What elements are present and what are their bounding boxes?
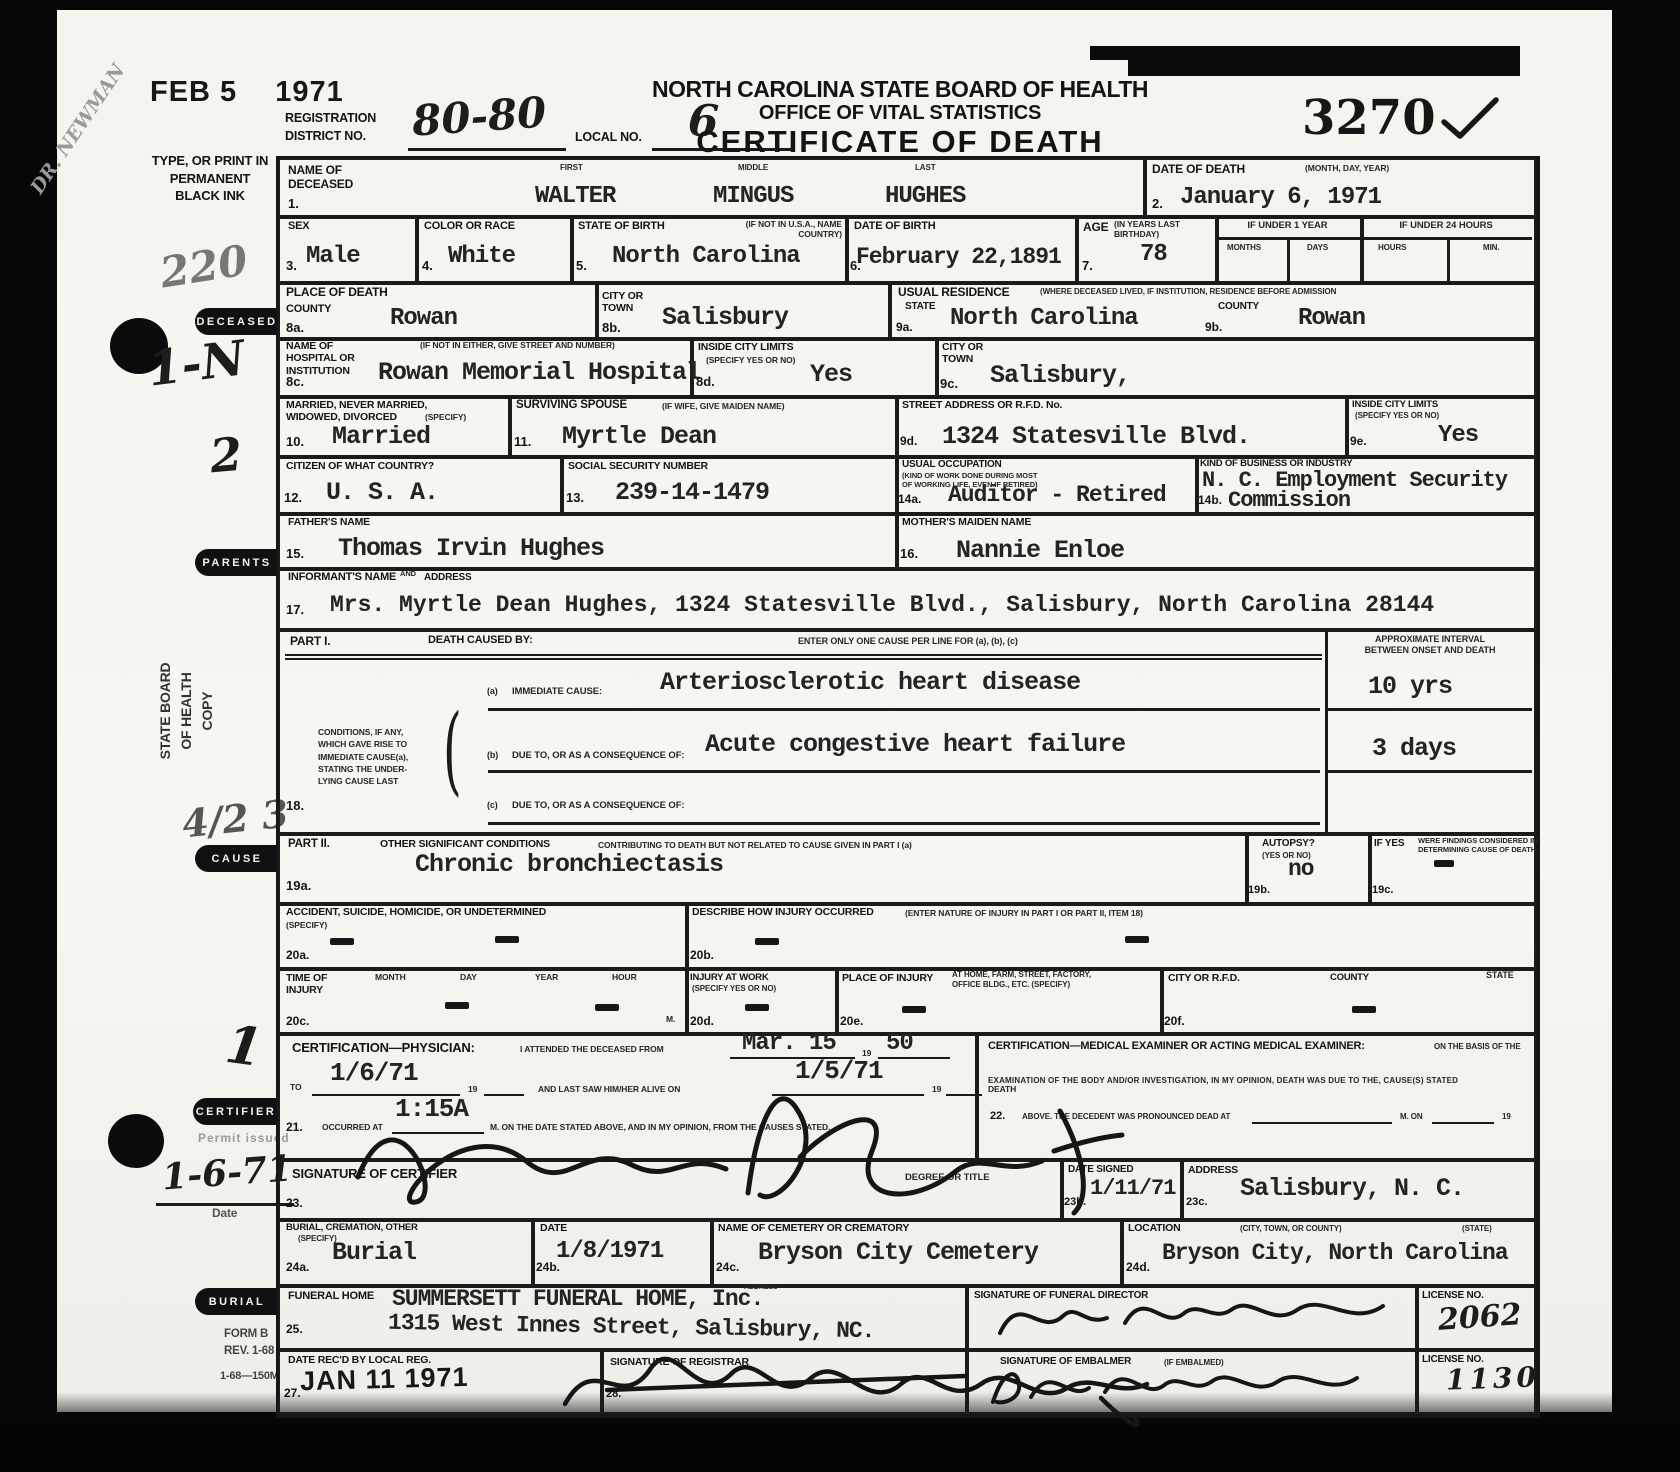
handwritten-1n: 1-N xyxy=(145,330,248,397)
autopsy-value: no xyxy=(1288,856,1314,882)
u1y-col-divider xyxy=(1287,237,1290,281)
hospital-sub: (IF NOT IN EITHER, GIVE STREET AND NUMBE… xyxy=(420,340,615,350)
interval-a-line xyxy=(1328,708,1532,711)
funeral-home-value-1: SUMMERSETT FUNERAL HOME, Inc. xyxy=(392,1286,763,1312)
phys-title: CERTIFICATION—PHYSICIAN: xyxy=(292,1040,475,1055)
hospital-number: 8c. xyxy=(286,374,304,389)
accident-sub: (SPECIFY) xyxy=(286,920,327,930)
name-first-value: WALTER xyxy=(535,183,615,210)
location-value: Bryson City, North Carolina xyxy=(1162,1240,1508,1266)
interval-b-line xyxy=(1328,770,1532,773)
permit-date-label: Date xyxy=(212,1206,237,1220)
part1-rule-1 xyxy=(285,654,1322,656)
race-label: COLOR OR RACE xyxy=(424,220,515,233)
accident-number: 20a. xyxy=(286,948,309,962)
icl9-label: INSIDE CITY LIMITS xyxy=(1352,399,1438,410)
cause-a-line xyxy=(488,708,1320,711)
street-number: 9d. xyxy=(900,434,917,448)
part1-number-18: 18. xyxy=(286,798,304,813)
icl8-label: INSIDE CITY LIMITS xyxy=(698,341,793,353)
pod-county-label: COUNTY xyxy=(286,303,331,316)
toi-label: TIME OF INJURY xyxy=(286,972,327,997)
sex-label: SEX xyxy=(288,220,309,233)
hole-punch-bottom xyxy=(108,1114,164,1168)
location-sub: (CITY, TOWN, OR COUNTY) xyxy=(1240,1224,1342,1234)
burial-number: 24a. xyxy=(286,1260,309,1274)
embalmer-signature xyxy=(975,1352,1375,1418)
pod-city-label: CITY OR TOWN xyxy=(602,290,643,315)
burial-date-value: 1/8/1971 xyxy=(556,1238,663,1265)
burial-value: Burial xyxy=(332,1238,416,1267)
ur-label: USUAL RESIDENCE xyxy=(898,285,1009,299)
citizen-label: CITIZEN OF WHAT COUNTRY? xyxy=(286,460,434,472)
cityrfd-dash xyxy=(1352,1006,1376,1013)
autopsy-label: AUTOPSY? xyxy=(1262,838,1315,850)
me-basis: ON THE BASIS OF THE xyxy=(1434,1042,1521,1052)
father-value: Thomas Irvin Hughes xyxy=(338,534,604,563)
part2-sub: CONTRIBUTING TO DEATH BUT NOT RELATED TO… xyxy=(598,840,912,850)
part2-label: PART II. xyxy=(288,838,330,852)
hospital-label: NAME OF HOSPITAL OR INSTITUTION xyxy=(286,340,355,377)
race-number: 4. xyxy=(422,258,433,273)
marital-label: MARRIED, NEVER MARRIED, WIDOWED, DIVORCE… xyxy=(286,399,427,424)
me-dead-line xyxy=(1252,1122,1392,1124)
u1y-days-label: DAYS xyxy=(1307,243,1328,253)
print-instruction: TYPE, OR PRINT IN PERMANENT BLACK INK xyxy=(140,152,280,205)
under-24-hours-label: IF UNDER 24 HOURS xyxy=(1363,220,1529,231)
cityrfd-label: CITY OR R.F.D. xyxy=(1168,972,1240,984)
accident-dash-2 xyxy=(495,936,519,943)
accident-dash-1 xyxy=(330,938,354,945)
cemetery-value: Bryson City Cemetery xyxy=(758,1238,1038,1267)
toi-dash-2 xyxy=(595,1004,619,1011)
how-injury-number: 20b. xyxy=(690,948,714,962)
phys-to-label: TO xyxy=(290,1082,301,1092)
race-value: White xyxy=(448,243,515,270)
dod-number: 2. xyxy=(1152,196,1163,211)
phys-number: 21. xyxy=(286,1120,303,1134)
section-tab-cause: CAUSE xyxy=(195,845,279,872)
cause-b-line xyxy=(488,770,1320,773)
name-last-value: HUGHES xyxy=(885,183,965,210)
iaw-number: 20d. xyxy=(690,1014,714,1028)
occupation-label: USUAL OCCUPATION xyxy=(902,459,1002,471)
form-number: FORM B REV. 1-68 xyxy=(224,1326,274,1361)
ur-state-number: 9a. xyxy=(896,320,913,334)
part1-label: PART I. xyxy=(290,634,330,648)
cause-a-label: IMMEDIATE CAUSE: xyxy=(512,686,602,697)
under-1-year-label: IF UNDER 1 YEAR xyxy=(1218,220,1357,231)
cityrfd-number: 20f. xyxy=(1164,1014,1185,1028)
business-value-2: Commission xyxy=(1228,488,1350,513)
age-label: AGE xyxy=(1083,220,1108,234)
findings-sub: WERE FINDINGS CONSIDERED IN DETERMINING … xyxy=(1418,836,1537,854)
name-first-header: FIRST xyxy=(560,163,583,173)
pod-county-number: 8a. xyxy=(286,320,304,335)
street-label: STREET ADDRESS OR R.F.D. No. xyxy=(902,399,1062,411)
citizen-number: 12. xyxy=(284,490,302,505)
name-middle-value: MINGUS xyxy=(713,183,793,210)
burial-sub: (SPECIFY) xyxy=(298,1234,337,1244)
conditions-note: CONDITIONS, IF ANY, WHICH GAVE RISE TO I… xyxy=(318,726,408,788)
informant-and-label: AND xyxy=(400,569,416,578)
funeral-home-number: 25. xyxy=(286,1322,303,1336)
ur-county-value: Rowan xyxy=(1298,305,1365,332)
cause-a-letter: (a) xyxy=(487,686,498,697)
poi-dash xyxy=(902,1006,926,1013)
birth-state-sub: (IF NOT IN U.S.A., NAME COUNTRY) xyxy=(712,219,842,239)
part2-value: Chronic bronchiectasis xyxy=(415,850,723,879)
certifier-address-number: 23c. xyxy=(1186,1196,1207,1208)
part2-osc-label: OTHER SIGNIFICANT CONDITIONS xyxy=(380,838,550,850)
ssn-number: 13. xyxy=(566,490,584,505)
ur-sub: (WHERE DECEASED LIVED, IF INSTITUTION, R… xyxy=(1040,287,1336,297)
me-on-line xyxy=(1432,1122,1494,1124)
received-stamp-year: 1971 xyxy=(275,76,344,109)
age-number: 7. xyxy=(1082,258,1093,273)
local-no-label: LOCAL NO. xyxy=(575,130,642,145)
death-certificate-scan: DR. NEWMAN FEB 51971 TYPE, OR PRINT IN P… xyxy=(0,0,1680,1472)
part2-number: 19a. xyxy=(286,878,311,893)
spouse-sub: (IF WIFE, GIVE MAIDEN NAME) xyxy=(662,401,784,411)
how-dash-1 xyxy=(755,938,779,945)
icl8-sub: (SPECIFY YES OR NO) xyxy=(706,355,795,365)
name-number: 1. xyxy=(288,196,299,211)
check-mark xyxy=(1438,94,1502,144)
cause-b-interval: 3 days xyxy=(1372,734,1456,763)
certifier-address-label: ADDRESS xyxy=(1188,1164,1238,1176)
pod-city-value: Salisbury xyxy=(662,303,788,332)
hospital-value: Rowan Memorial Hospital xyxy=(378,358,700,387)
pod-label: PLACE OF DEATH xyxy=(286,285,388,299)
certificate-number: 3270 xyxy=(1302,90,1436,146)
phys-attended: I ATTENDED THE DECEASED FROM xyxy=(520,1044,664,1054)
ur-city-number: 9c. xyxy=(940,376,958,391)
me-m-on: M. ON xyxy=(1400,1112,1423,1122)
ur-state-value: North Carolina xyxy=(950,305,1138,332)
received-stamp-date: FEB 5 xyxy=(150,76,237,109)
section-tab-parents: PARENTS xyxy=(195,549,279,576)
icl8-value: Yes xyxy=(810,360,852,389)
occupation-value: Auditor - Retired xyxy=(948,482,1166,508)
marital-value: Married xyxy=(332,422,430,451)
me-title: CERTIFICATION—MEDICAL EXAMINER OR ACTING… xyxy=(988,1040,1365,1053)
phys-from-year: 50 xyxy=(886,1030,913,1057)
part1-interval-divider xyxy=(1325,628,1328,832)
business-number: 14b. xyxy=(1198,493,1222,507)
certsig-number: 23. xyxy=(286,1196,303,1210)
informant-value: Mrs. Myrtle Dean Hughes, 1324 Statesvill… xyxy=(330,592,1434,618)
part1-caused-label: DEATH CAUSED BY: xyxy=(428,634,533,647)
ssn-label: SOCIAL SECURITY NUMBER xyxy=(568,460,708,472)
me-19: 19 xyxy=(1502,1112,1511,1122)
location-number: 24d. xyxy=(1126,1260,1150,1274)
ur-city-label: CITY OR TOWN xyxy=(942,341,983,366)
print-run: 1-68—150M xyxy=(220,1370,279,1383)
dob-value: February 22,1891 xyxy=(856,244,1061,270)
iaw-sub: (SPECIFY YES OR NO) xyxy=(692,984,776,994)
mother-value: Nannie Enloe xyxy=(956,536,1124,565)
poi-sub: AT HOME, FARM, STREET, FACTORY, OFFICE B… xyxy=(952,970,1091,989)
certifier-address-value: Salisbury, N. C. xyxy=(1240,1174,1464,1203)
sex-number: 3. xyxy=(286,258,297,273)
occupation-number: 14a. xyxy=(898,492,921,506)
name-middle-header: MIDDLE xyxy=(738,163,768,173)
informant-number: 17. xyxy=(286,602,304,617)
street-value: 1324 Statesville Blvd. xyxy=(942,422,1250,451)
u24-col-divider xyxy=(1447,237,1450,281)
funeral-home-address-label: ADDRESS xyxy=(744,1284,778,1292)
sex-value: Male xyxy=(306,243,360,270)
cause-a-value: Arteriosclerotic heart disease xyxy=(660,668,1080,697)
pod-city-number: 8b. xyxy=(602,320,621,335)
u24-hours-label: HOURS xyxy=(1378,243,1406,253)
poi-number: 20e. xyxy=(840,1014,863,1028)
name-last-header: LAST xyxy=(915,163,936,173)
cemetery-number: 24c. xyxy=(716,1260,739,1274)
spouse-number: 11. xyxy=(514,434,531,449)
scan-edge-left xyxy=(0,0,57,1472)
birth-state-label: STATE OF BIRTH xyxy=(578,220,665,233)
cause-c-line xyxy=(488,822,1320,825)
father-number: 15. xyxy=(286,546,304,561)
iaw-dash xyxy=(745,1004,769,1011)
mother-number: 16. xyxy=(900,546,918,561)
cause-c-label: DUE TO, OR AS A CONSEQUENCE OF: xyxy=(512,800,685,811)
copy-designation: STATE BOARD OF HEALTH COPY xyxy=(155,651,265,771)
location-state-sub: (STATE) xyxy=(1462,1224,1492,1234)
scan-edge-top xyxy=(0,0,1680,10)
cause-c-letter: (c) xyxy=(487,800,498,811)
ur-county-number: 9b. xyxy=(1205,320,1222,334)
registration-district-line xyxy=(408,148,566,151)
informant-label: INFORMANT'S NAME xyxy=(288,571,396,584)
org-line2: OFFICE OF VITAL STATISTICS xyxy=(640,102,1160,126)
received-stamp: FEB 51971 xyxy=(150,76,344,109)
name-label: NAME OF DECEASED xyxy=(288,163,353,191)
u24-divider xyxy=(1360,237,1532,240)
marital-number: 10. xyxy=(286,434,304,449)
license-embalmer-value: 1130 xyxy=(1445,1360,1540,1396)
u1y-months-label: MONTHS xyxy=(1227,243,1261,253)
brace: ( xyxy=(443,694,462,806)
part1-enter-note: ENTER ONLY ONE CAUSE PER LINE FOR (a), (… xyxy=(798,636,1018,647)
icl8-number: 8d. xyxy=(696,374,715,389)
how-injury-label: DESCRIBE HOW INJURY OCCURRED xyxy=(692,906,874,918)
cause-b-value: Acute congestive heart failure xyxy=(705,730,1125,759)
iaw-label: INJURY AT WORK xyxy=(690,972,768,983)
toi-number: 20c. xyxy=(286,1014,309,1028)
funeral-home-label: FUNERAL HOME xyxy=(288,1290,374,1303)
pod-county-value: Rowan xyxy=(390,305,457,332)
scan-edge-right xyxy=(1612,0,1680,1472)
findings-dash-mark xyxy=(1434,860,1454,867)
scan-edge-bottom xyxy=(0,1424,1680,1472)
marital-sub: (SPECIFY) xyxy=(425,412,466,422)
toi-day-label: DAY xyxy=(460,972,477,982)
autopsy-number: 19b. xyxy=(1248,884,1270,896)
ur-state-label: STATE xyxy=(905,301,935,313)
scan-artifact-bar xyxy=(1128,46,1520,76)
mother-label: MOTHER'S MAIDEN NAME xyxy=(902,516,1031,528)
phys-from-value: Mar. 15 xyxy=(742,1030,836,1057)
ssn-value: 239-14-1479 xyxy=(615,478,769,507)
cause-b-letter: (b) xyxy=(487,750,498,761)
birth-state-value: North Carolina xyxy=(612,243,800,270)
findings-ifyes-label: IF YES xyxy=(1374,838,1404,850)
registration-district-label: REGISTRATION DISTRICT NO. xyxy=(285,110,376,145)
accident-label: ACCIDENT, SUICIDE, HOMICIDE, OR UNDETERM… xyxy=(286,906,546,918)
registration-district-value: 80-80 xyxy=(410,87,547,145)
birth-state-number: 5. xyxy=(576,258,587,273)
age-sub: (IN YEARS LAST BIRTHDAY) xyxy=(1114,219,1210,239)
dod-label: DATE OF DEATH xyxy=(1152,162,1245,176)
dod-sub: (MONTH, DAY, YEAR) xyxy=(1305,163,1389,173)
part1-rule-2 xyxy=(285,658,1322,660)
spouse-value: Myrtle Dean xyxy=(562,422,716,451)
toi-m-suffix: M. xyxy=(666,1014,675,1024)
cityrfd-county-label: COUNTY xyxy=(1330,972,1369,983)
toi-month-label: MONTH xyxy=(375,972,406,982)
toi-dash-1 xyxy=(445,1002,469,1009)
how-dash-2 xyxy=(1125,936,1149,943)
how-injury-sub: (ENTER NATURE OF INJURY IN PART I OR PAR… xyxy=(905,908,1143,918)
date-received-stamp: JAN 11 1971 xyxy=(300,1362,469,1397)
ur-city-value: Salisbury, xyxy=(990,361,1130,390)
cause-a-interval: 10 yrs xyxy=(1368,672,1452,701)
interval-header: APPROXIMATE INTERVAL BETWEEN ONSET AND D… xyxy=(1332,634,1528,656)
certifier-signature xyxy=(330,1055,1150,1225)
scan-artifact-bar-small xyxy=(1090,46,1134,60)
ur-county-label: COUNTY xyxy=(1218,301,1259,313)
spouse-label: SURVIVING SPOUSE xyxy=(516,399,627,413)
u24-min-label: MIN. xyxy=(1483,243,1500,253)
dod-value: January 6, 1971 xyxy=(1180,184,1381,211)
dob-label: DATE OF BIRTH xyxy=(854,220,936,233)
cause-b-label: DUE TO, OR AS A CONSEQUENCE OF: xyxy=(512,750,685,761)
section-tab-certifier: CERTIFIER xyxy=(193,1098,279,1125)
cityrfd-state-label: STATE xyxy=(1486,970,1514,981)
findings-number: 19c. xyxy=(1372,884,1393,896)
date-received-number: 27. xyxy=(284,1386,301,1400)
icl9-sub: (SPECIFY YES OR NO) xyxy=(1355,411,1439,421)
license-director-value: 2062 xyxy=(1437,1297,1523,1338)
toi-hour-label: HOUR xyxy=(612,972,637,982)
citizen-value: U. S. A. xyxy=(326,478,438,507)
toi-year-label: YEAR xyxy=(535,972,558,982)
icl9-number: 9e. xyxy=(1350,434,1367,448)
org-line1: NORTH CAROLINA STATE BOARD OF HEALTH xyxy=(640,76,1160,103)
icl9-value: Yes xyxy=(1438,422,1478,449)
section-tab-burial: BURIAL xyxy=(195,1288,279,1315)
age-value: 78 xyxy=(1140,241,1167,268)
handwritten-2: 2 xyxy=(208,427,245,484)
poi-label: PLACE OF INJURY xyxy=(842,972,933,984)
informant-address-label: ADDRESS xyxy=(424,572,472,584)
father-label: FATHER'S NAME xyxy=(288,516,370,528)
